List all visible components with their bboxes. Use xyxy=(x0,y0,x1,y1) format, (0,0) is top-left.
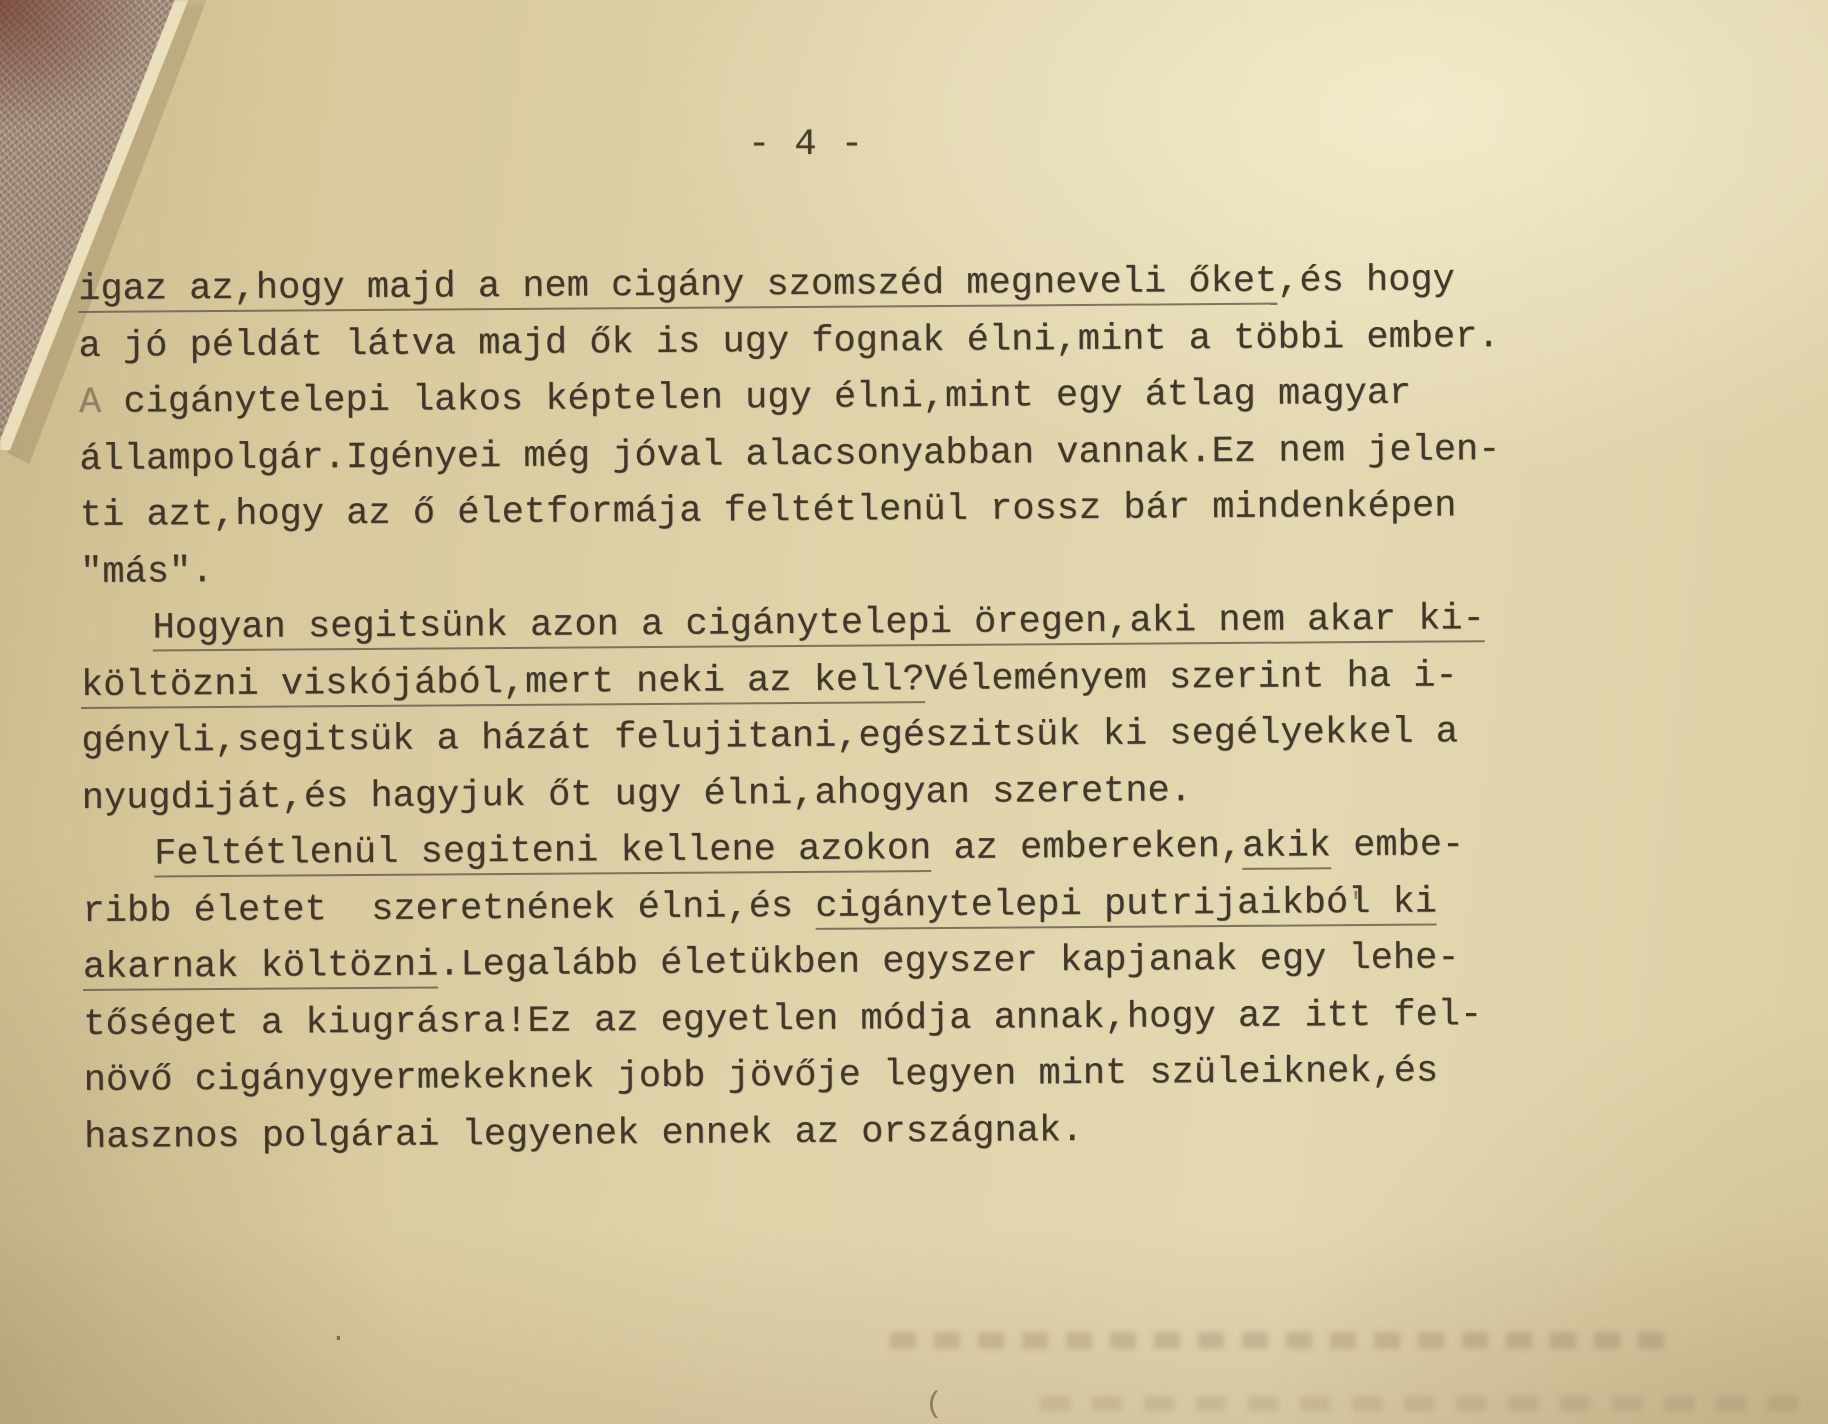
text-segment: .Legalább életükben egyszer kapjanak egy… xyxy=(438,937,1460,986)
ink-speck: . xyxy=(330,1318,347,1349)
bleed-through-band xyxy=(1040,1396,1820,1411)
text-line: "más". xyxy=(80,534,1540,601)
text-segment: "más". xyxy=(80,551,214,594)
ink-speck: ' xyxy=(1348,888,1364,918)
underlined-text-segment: Feltétlenül segiteni kellene azokon xyxy=(154,828,931,877)
text-segment: Véleményem szerint ha i- xyxy=(925,655,1458,701)
text-segment: cigánytelepi lakos képtelen ugy élni,min… xyxy=(101,373,1411,424)
text-segment: nyugdiját,és hagyjuk őt ugy élni,ahogyan… xyxy=(82,770,1192,820)
text-line: gényli,segitsük a házát felujitani,egész… xyxy=(81,704,1541,771)
underlined-text-segment: akik xyxy=(1242,825,1331,870)
text-line: hasznos polgárai legyenek ennek az orszá… xyxy=(84,1099,1544,1166)
underlined-text-segment: Hogyan segitsünk azon a cigánytelepi öre… xyxy=(152,598,1484,651)
text-line: nyugdiját,és hagyjuk őt ugy élni,ahogyan… xyxy=(82,760,1542,827)
text-segment: állampolgár.Igényei még jóval alacsonyab… xyxy=(79,429,1500,481)
page-number: - 4 - xyxy=(748,124,864,166)
text-segment: ,és hogy xyxy=(1277,259,1455,302)
text-segment: ribb életet szeretnének élni,és xyxy=(82,885,815,932)
text-segment: A xyxy=(79,382,102,424)
underlined-text-segment: költözni viskójából,mert neki az kell? xyxy=(81,659,925,709)
text-segment: ti azt,hogy az ő életformája feltétlenül… xyxy=(80,485,1457,537)
underlined-text-segment: cigánytelepi putrijaikból ki xyxy=(815,881,1437,929)
text-segment: a jó példát látva majd ők is ugy fognak … xyxy=(78,316,1499,368)
underlined-text-segment: igaz az,hogy majd a nem cigány szomszéd … xyxy=(78,261,1277,313)
text-line: A cigánytelepi lakos képtelen ugy élni,m… xyxy=(79,365,1539,432)
text-line: költözni viskójából,mert neki az kell?Vé… xyxy=(81,647,1541,714)
text-line: állampolgár.Igényei még jóval alacsonyab… xyxy=(79,421,1539,488)
text-line: ti azt,hogy az ő életformája feltétlenül… xyxy=(80,478,1540,545)
ink-speck: ( xyxy=(925,1388,943,1422)
text-line: a jó példát látva majd ők is ugy fognak … xyxy=(78,308,1538,375)
underlined-text-segment: akarnak költözni xyxy=(83,945,439,991)
text-line: igaz az,hogy majd a nem cigány szomszéd … xyxy=(78,252,1538,319)
text-segment: embe- xyxy=(1331,824,1465,867)
text-line: akarnak költözni.Legalább életükben egys… xyxy=(83,930,1543,997)
typewritten-text: igaz az,hogy majd a nem cigány szomszéd … xyxy=(78,252,1544,1166)
text-line: Hogyan segitsünk azon a cigánytelepi öre… xyxy=(80,591,1540,658)
text-segment: növő cigánygyermekeknek jobb jövője legy… xyxy=(84,1051,1439,1102)
text-segment: az embereken, xyxy=(931,826,1242,870)
text-segment: gényli,segitsük a házát felujitani,egész… xyxy=(81,711,1458,763)
text-line: tőséget a kiugrásra!Ez az egyetlen módja… xyxy=(83,986,1543,1053)
document-photo: - 4 - igaz az,hogy majd a nem cigány szo… xyxy=(0,0,1828,1424)
bleed-through-band xyxy=(890,1332,1680,1349)
text-segment: hasznos polgárai legyenek ennek az orszá… xyxy=(84,1110,1083,1159)
text-line: növő cigánygyermekeknek jobb jövője legy… xyxy=(84,1043,1544,1110)
text-line: Feltétlenül segiteni kellene azokon az e… xyxy=(82,817,1542,884)
text-line: ribb életet szeretnének élni,és cigányte… xyxy=(82,873,1542,940)
text-segment: tőséget a kiugrásra!Ez az egyetlen módja… xyxy=(83,994,1482,1046)
